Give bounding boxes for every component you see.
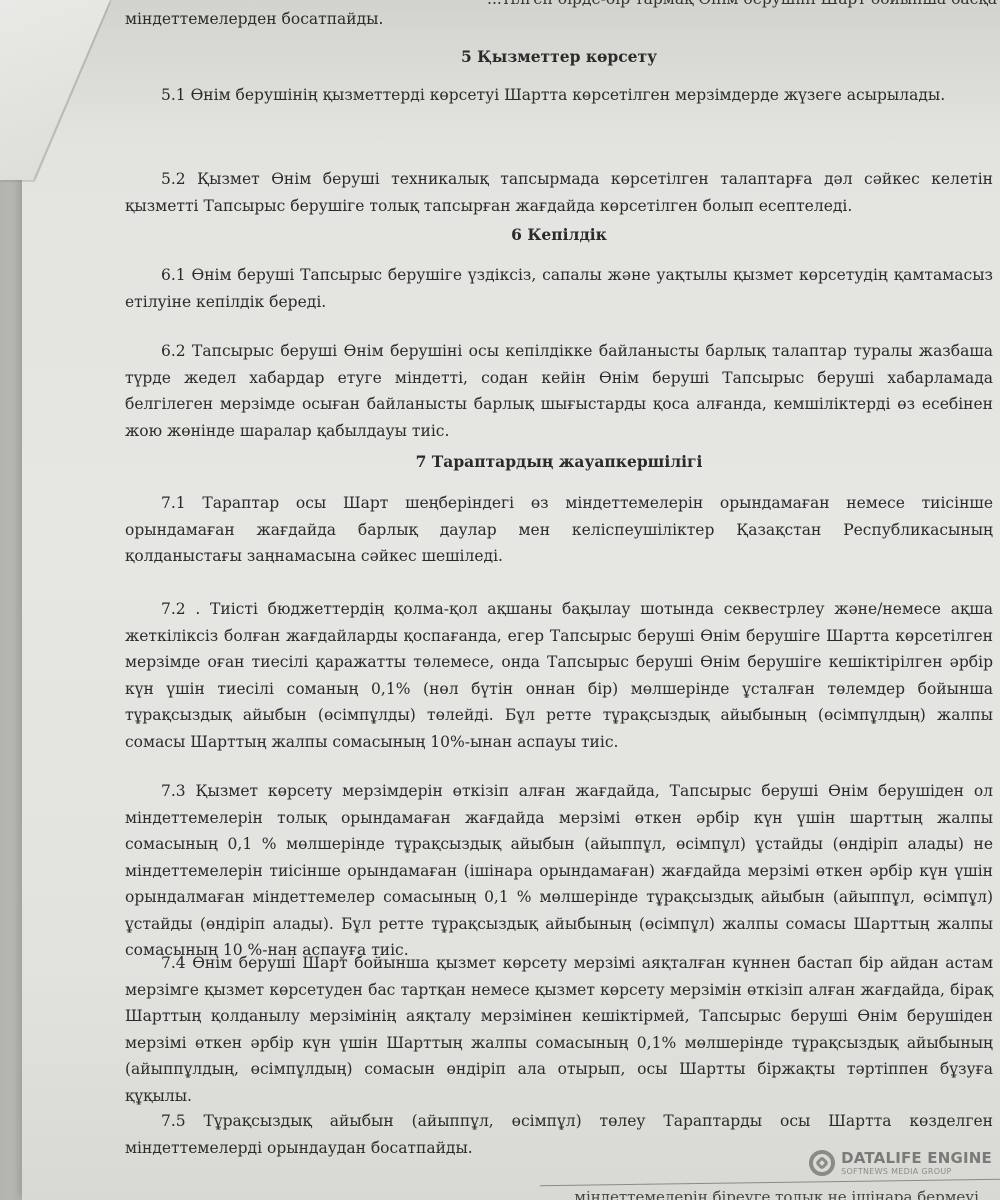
section-5: 5 Қызметтер көрсету: [125, 44, 993, 70]
paragraph-7-3: 7.3 Қызмет көрсету мерзімдерін өткізіп а…: [125, 778, 993, 964]
section-7: 7 Тараптардың жауапкершілігі: [125, 449, 993, 475]
paragraph-5-1: 5.1 Өнім берушінің қызметтерді көрсетуі …: [125, 82, 993, 109]
intro-tail-text: міндеттемелерден босатпайды.: [125, 6, 993, 33]
paragraph-text: 6.1 Өнім беруші Тапсырыс берушіге үздікс…: [125, 262, 993, 315]
section-6: 6 Кепілдік: [125, 222, 993, 248]
paragraph-text: 7.1 Тараптар осы Шарт шеңберіндегі өз мі…: [125, 490, 993, 570]
section-heading: 6 Кепілдік: [125, 222, 993, 248]
paragraph-text: 7.3 Қызмет көрсету мерзімдерін өткізіп а…: [125, 778, 993, 964]
paragraph-7-1: 7.1 Тараптар осы Шарт шеңберіндегі өз мі…: [125, 490, 993, 570]
datalife-logo-icon: [809, 1150, 835, 1176]
paragraph-5-2: 5.2 Қызмет Өнім беруші техникалық тапсыр…: [125, 166, 993, 219]
watermark-title: DATALIFE ENGINE: [841, 1151, 992, 1166]
watermark-subtitle: SOFTNEWS MEDIA GROUP: [841, 1168, 992, 1176]
intro-tail: міндеттемелерден босатпайды.: [125, 6, 993, 33]
paragraph-text: 5.1 Өнім берушінің қызметтерді көрсетуі …: [125, 82, 993, 109]
watermark: DATALIFE ENGINE SOFTNEWS MEDIA GROUP: [809, 1150, 992, 1176]
paragraph-7-4: 7.4 Өнім беруші Шарт бойынша қызмет көрс…: [125, 950, 993, 1109]
paragraph-6-2: 6.2 Тапсырыс беруші Өнім берушіні осы ке…: [125, 338, 993, 444]
paragraph-text: 7.2 . Тиісті бюджеттердің қолма-қол ақша…: [125, 596, 993, 755]
paragraph-text: 6.2 Тапсырыс беруші Өнім берушіні осы ке…: [125, 338, 993, 444]
paragraph-text: 7.4 Өнім беруші Шарт бойынша қызмет көрс…: [125, 950, 993, 1109]
section-heading: 5 Қызметтер көрсету: [125, 44, 993, 70]
section-heading: 7 Тараптардың жауапкершілігі: [125, 449, 993, 475]
paragraph-7-2: 7.2 . Тиісті бюджеттердің қолма-қол ақша…: [125, 596, 993, 755]
partial-bottom-line: ...міндеттемелерін біреуге толық не ішін…: [560, 1184, 1000, 1200]
paragraph-text: 5.2 Қызмет Өнім беруші техникалық тапсыр…: [125, 166, 993, 219]
paragraph-6-1: 6.1 Өнім беруші Тапсырыс берушіге үздікс…: [125, 262, 993, 315]
